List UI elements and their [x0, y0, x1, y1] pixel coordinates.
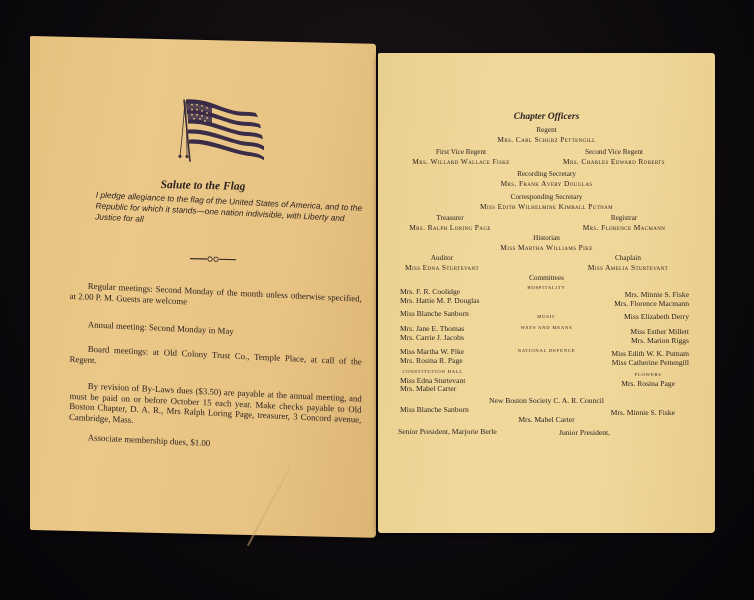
- member-name: Mrs. Carrie J. Jacobs: [400, 334, 464, 343]
- officer-name: Miss Martha Williams Pike: [378, 243, 715, 252]
- left-page: Salute to the Flag I pledge allegiance t…: [30, 36, 376, 538]
- flowers-block: Flowers Mrs. Rosina Page: [621, 371, 675, 388]
- member-name: Miss Catherine Pettengill: [611, 359, 689, 368]
- member-name: Mrs. Hattie M. P. Douglas: [400, 297, 480, 306]
- member-name: Mrs. Rosina Page: [621, 380, 675, 389]
- member-name: Mrs. Rosina R. Page: [400, 357, 464, 366]
- member-name: Miss Elizabeth Derry: [624, 313, 689, 322]
- music-left: Miss Blanche Sanborn: [400, 310, 469, 319]
- senior-president: Senior President, Marjorie Berle: [398, 428, 497, 437]
- officer-label: Second Vice Regent: [534, 148, 694, 157]
- first-vice-regent-block: First Vice Regent Mrs. Willard Wallace F…: [396, 148, 526, 166]
- member-name: Mrs. Mabel Carter: [400, 385, 465, 394]
- chaplain-block: Chaplain Miss Amelia Sturtevant: [558, 254, 698, 272]
- member-name: Mrs. Florence Macmann: [614, 300, 689, 309]
- constitution-hall-block: Constitution Hall Miss Edna Sturtevant M…: [400, 368, 465, 394]
- officer-label: Historian: [378, 234, 715, 243]
- national-defence-right: Miss Edith W. K. Putnam Miss Catherine P…: [611, 350, 689, 367]
- officer-name: Mrs. Carl Schurz Pettengill: [378, 135, 715, 144]
- annual-meeting-text: Annual meeting: Second Monday in May: [88, 319, 348, 342]
- music-right: Miss Elizabeth Derry: [624, 313, 689, 322]
- salute-title: Salute to the Flag: [30, 176, 376, 196]
- treasurer-block: Treasurer Mrs. Ralph Loring Page: [390, 214, 510, 232]
- officer-label: Regent: [378, 126, 715, 135]
- officer-label: First Vice Regent: [396, 148, 526, 157]
- board-meetings-text: Board meetings: at Old Colony Trust Co.,…: [69, 343, 361, 378]
- page-crease: [247, 467, 291, 546]
- hospitality-left: Mrs. F. R. Coolidge Mrs. Hattie M. P. Do…: [400, 288, 480, 305]
- officer-name: Mrs. Frank Avery Douglas: [378, 179, 715, 188]
- second-vice-regent-block: Second Vice Regent Mrs. Charles Edward R…: [534, 148, 694, 166]
- officer-label: Chaplain: [558, 254, 698, 263]
- registrar-block: Registrar Mrs. Florence Macmann: [554, 214, 694, 232]
- divider-ornament-icon: [190, 255, 236, 264]
- member-name: Miss Blanche Sanborn: [400, 310, 469, 319]
- american-flag-icon: [176, 95, 266, 167]
- recording-secretary-block: Recording Secretary Mrs. Frank Avery Dou…: [378, 170, 715, 188]
- officer-name: Mrs. Willard Wallace Fiske: [396, 157, 526, 166]
- officer-label: Registrar: [554, 214, 694, 223]
- committees-heading: Committees: [378, 274, 715, 283]
- regular-meetings-text: Regular meetings: Second Monday of the m…: [69, 280, 361, 315]
- officer-label: Auditor: [392, 254, 492, 263]
- chapter-officers-title: Chapter Officers: [378, 113, 715, 122]
- officer-label: Recording Secretary: [378, 170, 715, 179]
- officer-label: Treasurer: [390, 214, 510, 223]
- member-name: Mrs. Marion Riggs: [630, 337, 689, 346]
- officer-name: Miss Edith Wilhelmine Kimball Putnam: [378, 202, 715, 211]
- corresponding-secretary-block: Corresponding Secretary Miss Edith Wilhe…: [378, 193, 715, 211]
- officer-name: Mrs. Ralph Loring Page: [390, 223, 510, 232]
- hospitality-right: Mrs. Minnie S. Fiske Mrs. Florence Macma…: [614, 291, 689, 308]
- officer-name: Miss Amelia Sturtevant: [558, 263, 698, 272]
- officer-name: Mrs. Florence Macmann: [554, 223, 694, 232]
- regent-block: Regent Mrs. Carl Schurz Pettengill: [378, 126, 715, 144]
- pledge-text: I pledge allegiance to the flag of the U…: [95, 189, 368, 236]
- ways-and-means-right: Miss Esther Millett Mrs. Marion Riggs: [630, 328, 689, 345]
- national-defence-left: Miss Martha W. Pike Mrs. Rosina R. Page: [400, 348, 464, 365]
- ways-and-means-left: Mrs. Jane E. Thomas Mrs. Carrie J. Jacob…: [400, 325, 464, 342]
- officer-name: Miss Edna Sturtevant: [392, 263, 492, 272]
- junior-president: Junior President,: [559, 429, 610, 438]
- auditor-block: Auditor Miss Edna Sturtevant: [392, 254, 492, 272]
- officer-name: Mrs. Charles Edward Roberts: [534, 157, 694, 166]
- officer-label: Corresponding Secretary: [378, 193, 715, 202]
- associate-dues-text: Associate membership dues, $1.00: [88, 432, 348, 455]
- historian-block: Historian Miss Martha Williams Pike: [378, 234, 715, 252]
- car-council-left: Miss Blanche Sanborn: [400, 406, 469, 415]
- car-council-center: Mrs. Mabel Carter: [378, 416, 715, 425]
- right-page: Chapter Officers Regent Mrs. Carl Schurz…: [378, 53, 715, 533]
- dues-text: By revision of By-Laws dues ($3.50) are …: [69, 380, 362, 436]
